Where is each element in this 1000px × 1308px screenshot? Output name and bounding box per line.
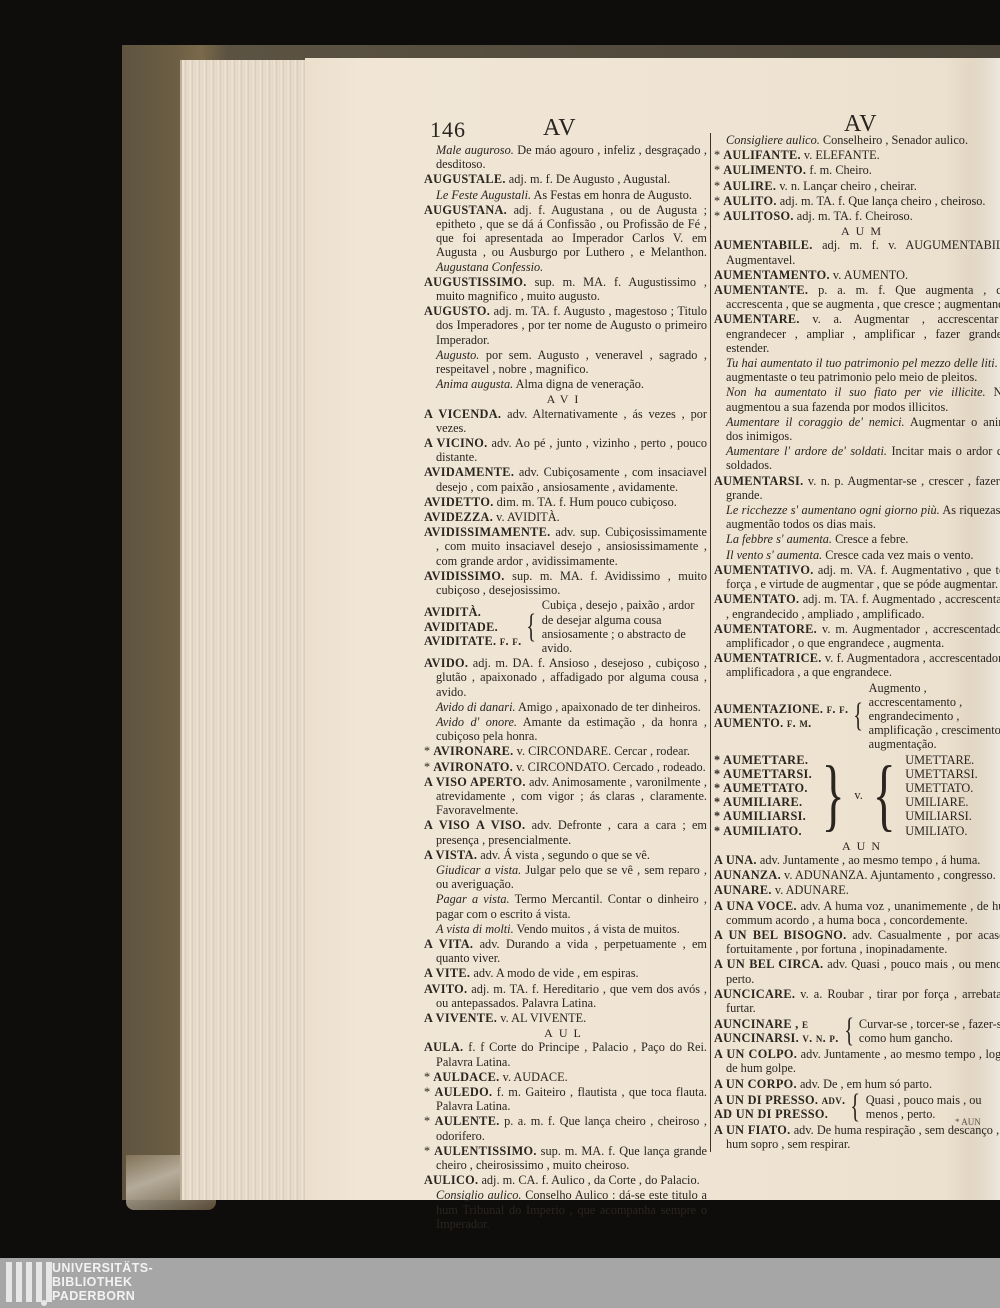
- see-reference: v.: [854, 788, 862, 802]
- page-edges: [180, 60, 307, 1200]
- definition: Cubiça , desejo , paixão , ardor de dese…: [542, 598, 707, 655]
- dictionary-entry: AVIDEZZA. v. AVIDITÀ.: [424, 510, 707, 524]
- definition: adv. Juntamente , ao mesmo tempo , á hum…: [757, 853, 981, 867]
- definition: adj. m. TA. f. Que lança cheiro , cheiro…: [777, 194, 986, 208]
- obsolete-marker: *: [714, 209, 723, 223]
- definition: Vendo muitos , á vista de muitos.: [514, 922, 680, 936]
- definition: Cresce cada vez mais o vento.: [822, 548, 973, 562]
- dictionary-entry: A UNA VOCE. adv. A huma voz , unanimemen…: [714, 899, 1000, 927]
- headword: A VITA.: [424, 937, 473, 951]
- dictionary-entry: * AULDACE. v. AUDACE.: [424, 1070, 707, 1084]
- headword: AULDACE.: [433, 1070, 499, 1084]
- italian-phrase: Giudicar a vista.: [436, 863, 521, 877]
- dictionary-entry: AULA. f. f Corte do Principe , Palacio ,…: [424, 1040, 707, 1068]
- dictionary-entry: * AULITOSO. adj. m. TA. f. Cheiroso.: [714, 209, 1000, 223]
- headword: AULIFANTE.: [723, 148, 801, 162]
- example-entry: Tu hai aumentato il tuo patrimonio pel m…: [714, 356, 1000, 384]
- obsolete-marker: *: [714, 179, 723, 193]
- headword: * AUMILIARE.: [714, 795, 812, 809]
- headword: A VISO APERTO.: [424, 775, 526, 789]
- grouped-entry: AVIDITÀ.AVIDITADE.AVIDITATE. f. f.{Cubiç…: [424, 598, 707, 655]
- italian-phrase: Avido d' onore.: [436, 715, 517, 729]
- italian-phrase: Avido di danari.: [436, 700, 516, 714]
- obsolete-marker: *: [424, 744, 433, 758]
- example-entry: Aumentare l' ardore de' soldati. Incitar…: [714, 444, 1000, 472]
- definition: adv. Á vista , segundo o que se vê.: [477, 848, 650, 862]
- headword: AVIRONARE.: [433, 744, 513, 758]
- headword: A VIVENTE.: [424, 1011, 497, 1025]
- example-entry: Le Feste Augustali. As Festas em honra d…: [424, 188, 707, 202]
- headword: AUGUSTANA.: [424, 203, 507, 217]
- headword: AULENTISSIMO.: [434, 1144, 537, 1158]
- example-entry: Giudicar a vista. Julgar pelo que se vê …: [424, 863, 707, 891]
- dictionary-entry: * AULENTISSIMO. sup. m. MA. f. Que lança…: [424, 1144, 707, 1172]
- headword: A UN COLPO.: [714, 1047, 797, 1061]
- definition: v. AVIDITÀ.: [493, 510, 560, 524]
- dictionary-entry: * AVIRONATO. v. CIRCONDATO. Cercado , ro…: [424, 760, 707, 774]
- headword: AD UN DI PRESSO.: [714, 1107, 845, 1121]
- definition: v. CIRCONDARE. Cercar , rodear.: [514, 744, 690, 758]
- dictionary-entry: AVIDISSIMAMENTE. adv. sup. Cubiçosissima…: [424, 525, 707, 568]
- definition: v. ADUNANZA. Ajuntamento , congresso.: [781, 868, 996, 882]
- italian-phrase: Anima augusta.: [436, 377, 513, 391]
- obsolete-headwords: * AUMETTARE.* AUMETTARSI.* AUMETTATO.* A…: [714, 753, 812, 838]
- target-headwords: UMETTARE.UMETTARSI.UMETTATO.UMILIARE.UMI…: [905, 753, 977, 838]
- dictionary-entry: AUMENTABILE. adj. m. f. v. AUGUMENTABILE…: [714, 238, 1000, 266]
- section-heading: AUN: [714, 839, 1000, 853]
- headword: A UN FIATO.: [714, 1123, 791, 1137]
- example-entry: Le ricchezze s' aumentano ogni giorno pi…: [714, 503, 1000, 531]
- logo-line-2: BIBLIOTHEK: [52, 1275, 153, 1289]
- headword: AUMENTAMENTO.: [714, 268, 830, 282]
- dictionary-entry: AVITO. adj. m. TA. f. Hereditario , que …: [424, 982, 707, 1010]
- dictionary-entry: AUGUSTO. adj. m. TA. f. Augusto , magest…: [424, 304, 707, 347]
- dictionary-entry: A UN COLPO. adv. Juntamente , ao mesmo t…: [714, 1047, 1000, 1075]
- brace-icon: {: [872, 760, 895, 830]
- dictionary-entry: A VISTA. adv. Á vista , segundo o que se…: [424, 848, 707, 862]
- definition: Conselheiro , Senador aulico.: [820, 133, 968, 147]
- definition: Curvar-se , torcer-se , fazer-se como hu…: [859, 1017, 1000, 1045]
- dictionary-entry: * AVIRONARE. v. CIRCONDARE. Cercar , rod…: [424, 744, 707, 758]
- headword: AUMENTARE.: [714, 312, 800, 326]
- dictionary-entry: * AULENTE. p. a. m. f. Que lança cheiro …: [424, 1114, 707, 1142]
- dictionary-entry: AUNARE. v. ADUNARE.: [714, 883, 1000, 897]
- dictionary-entry: * AULIFANTE. v. ELEFANTE.: [714, 148, 1000, 162]
- headword: * AUMETTARSI.: [714, 767, 812, 781]
- obsolete-marker: *: [714, 163, 723, 177]
- left-column: Male auguroso. De máo agouro , infeliz ,…: [424, 143, 707, 1232]
- obsolete-marker: *: [424, 760, 433, 774]
- headword: AVIDO.: [424, 656, 468, 670]
- grouped-entry: AUNCINARE , eAUNCINARSI. v. n. p.{Curvar…: [714, 1016, 1000, 1046]
- definition: adj. m. TA. f. Hereditario , que vem dos…: [436, 982, 707, 1010]
- headword: * AUMETTATO.: [714, 781, 812, 795]
- dictionary-entry: AUNCICARE. v. a. Roubar , tirar por forç…: [714, 987, 1000, 1015]
- definition: adj. m. DA. f. Ansioso , desejoso , cubi…: [436, 656, 707, 698]
- dictionary-entry: * AULIMENTO. f. m. Cheiro.: [714, 163, 1000, 177]
- headword: AUMENTABILE.: [714, 238, 813, 252]
- section-heading: AUM: [714, 224, 1000, 238]
- italian-phrase: La febbre s' aumenta.: [726, 532, 832, 546]
- headword: UMETTATO.: [905, 781, 977, 795]
- dictionary-entry: A UN BEL CIRCA. adv. Quasi , pouco mais …: [714, 957, 1000, 985]
- example-entry: Consiglio aulico. Conselho Aulico : dá-s…: [424, 1188, 707, 1231]
- definition: dim. m. TA. f. Hum pouco cubiçoso.: [494, 495, 677, 509]
- headword: A UN BEL BISOGNO.: [714, 928, 847, 942]
- dictionary-entry: A VICINO. adv. Ao pé , junto , vizinho ,…: [424, 436, 707, 464]
- definition: v. AUMENTO.: [830, 268, 908, 282]
- brace-icon: {: [844, 1016, 854, 1046]
- headword: AUGUSTO.: [424, 304, 490, 318]
- definition: v. ADUNARE.: [772, 883, 849, 897]
- definition: adj. m. TA. f. Cheiroso.: [794, 209, 913, 223]
- headword: AUMENTATIVO.: [714, 563, 814, 577]
- dictionary-entry: AVIDETTO. dim. m. TA. f. Hum pouco cubiç…: [424, 495, 707, 509]
- dictionary-entry: AUMENTAMENTO. v. AUMENTO.: [714, 268, 1000, 282]
- headword: AUMENTANTE.: [714, 283, 808, 297]
- dictionary-entry: A VITE. adv. A modo de vide , em espiras…: [424, 966, 707, 980]
- headword: AVIDISSIMO.: [424, 569, 505, 583]
- definition: adv. De , em hum só parto.: [797, 1077, 932, 1091]
- catchword: * AUN: [955, 1117, 981, 1127]
- headword: AVIDAMENTE.: [424, 465, 514, 479]
- headword: A UN BEL CIRCA.: [714, 957, 823, 971]
- dictionary-entry: AUMENTARE. v. a. Augmentar , accrescenta…: [714, 312, 1000, 355]
- headword: AUMENTATO.: [714, 592, 799, 606]
- headword: A UNA.: [714, 853, 757, 867]
- grouped-headwords: AUNCINARE , eAUNCINARSI. v. n. p.: [714, 1017, 839, 1045]
- logo-line-1: UNIVERSITÄTS-: [52, 1261, 153, 1275]
- grouped-entry: AUMENTAZIONE. f. f.AUMENTO. f. m.{Augmen…: [714, 681, 1000, 752]
- headword: AULEDO.: [435, 1085, 493, 1099]
- dictionary-entry: AUGUSTALE. adj. m. f. De Augusto , Augus…: [424, 172, 707, 186]
- example-entry: Consigliere aulico. Conselheiro , Senado…: [714, 133, 1000, 147]
- italian-phrase: Aumentare il coraggio de' nemici.: [726, 415, 905, 429]
- italian-phrase: A vista di molti.: [436, 922, 514, 936]
- italian-phrase: Consigliere aulico.: [726, 133, 820, 147]
- obsolete-marker: *: [714, 148, 723, 162]
- dictionary-entry: AUMENTANTE. p. a. m. f. Que augmenta , q…: [714, 283, 1000, 311]
- headword: AUNCICARE.: [714, 987, 795, 1001]
- dictionary-entry: A VISO A VISO. adv. Defronte , cara a ca…: [424, 818, 707, 846]
- example-entry: Aumentare il coraggio de' nemici. Augmen…: [714, 415, 1000, 443]
- definition: v. ELEFANTE.: [801, 148, 880, 162]
- dictionary-entry: A VITA. adv. Durando a vida , perpetuame…: [424, 937, 707, 965]
- dictionary-entry: AVIDISSIMO. sup. m. MA. f. Avidissimo , …: [424, 569, 707, 597]
- headword: AULICO.: [424, 1173, 478, 1187]
- example-entry: A vista di molti. Vendo muitos , á vista…: [424, 922, 707, 936]
- headword: UMILIARE.: [905, 795, 977, 809]
- headword: AULA.: [424, 1040, 463, 1054]
- example-entry: Non ha aumentato il suo fiato per vie il…: [714, 385, 1000, 413]
- dictionary-entry: AULICO. adj. m. CA. f. Aulico , da Corte…: [424, 1173, 707, 1187]
- definition: v. n. Lançar cheiro , cheirar.: [776, 179, 917, 193]
- running-head-left: AV: [543, 115, 577, 142]
- headword: AUMENTATORE.: [714, 622, 817, 636]
- definition: Cresce a febre.: [832, 532, 908, 546]
- example-entry: Pagar a vista. Termo Mercantil. Contar o…: [424, 892, 707, 920]
- headword: AULIRE.: [723, 179, 776, 193]
- headword: * AUMILIATO.: [714, 824, 812, 838]
- library-logo-dot-icon: [41, 1300, 47, 1306]
- italian-phrase: Male auguroso.: [436, 143, 514, 157]
- headword: A VITE.: [424, 966, 470, 980]
- headword: AUMENTAZIONE. f. f.: [714, 702, 848, 716]
- definition: v. AUDACE.: [500, 1070, 568, 1084]
- grouped-headwords: AVIDITÀ.AVIDITADE.AVIDITATE. f. f.: [424, 605, 521, 648]
- obsolete-marker: *: [424, 1085, 435, 1099]
- grouped-headwords: AUMENTAZIONE. f. f.AUMENTO. f. m.: [714, 702, 848, 730]
- headword: AVIRONATO.: [433, 760, 513, 774]
- dictionary-entry: * AULIRE. v. n. Lançar cheiro , cheirar.: [714, 179, 1000, 193]
- headword: A VISO A VISO.: [424, 818, 525, 832]
- headword: A VICENDA.: [424, 407, 501, 421]
- headword: AULITO.: [723, 194, 776, 208]
- page-number: 146: [430, 117, 466, 143]
- headword: A UN CORPO.: [714, 1077, 797, 1091]
- headword: AUNANZA.: [714, 868, 781, 882]
- headword: AVIDEZZA.: [424, 510, 493, 524]
- dictionary-entry: * AULEDO. f. m. Gaiteiro , flautista , q…: [424, 1085, 707, 1113]
- italic-note: Augustana Confessio.: [436, 260, 543, 274]
- headword: UMILIATO.: [905, 824, 977, 838]
- headword: A VICINO.: [424, 436, 488, 450]
- headword: AUNCINARE , e: [714, 1017, 839, 1031]
- headword: AULENTE.: [435, 1114, 500, 1128]
- headword: AULIMENTO.: [723, 163, 806, 177]
- headword: AUNARE.: [714, 883, 772, 897]
- brace-icon: {: [851, 1092, 861, 1122]
- logo-line-3: PADERBORN: [52, 1289, 153, 1303]
- example-entry: Augusto. por sem. Augusto , veneravel , …: [424, 348, 707, 376]
- obsolete-marker: *: [714, 194, 723, 208]
- dictionary-entry: A VIVENTE. v. AL VIVENTE.: [424, 1011, 707, 1025]
- headword: UMETTARSI.: [905, 767, 977, 781]
- definition: v. CIRCONDATO. Cercado , rodeado.: [513, 760, 706, 774]
- library-logo-icon: [6, 1262, 52, 1302]
- definition: adj. m. f. De Augusto , Augustal.: [506, 172, 671, 186]
- section-heading: AUL: [424, 1026, 707, 1040]
- dictionary-entry: * AULITO. adj. m. TA. f. Que lança cheir…: [714, 194, 1000, 208]
- definition: adj. m. CA. f. Aulico , da Corte , do Pa…: [478, 1173, 699, 1187]
- headword: AVIDITADE.: [424, 620, 521, 634]
- definition: Augmento , accrescentamento , engrandeci…: [869, 681, 1000, 752]
- definition: v. AL VIVENTE.: [497, 1011, 586, 1025]
- headword: * AUMILIARSI.: [714, 809, 812, 823]
- obsolete-marker: *: [424, 1114, 435, 1128]
- example-entry: Il vento s' aumenta. Cresce cada vez mai…: [714, 548, 1000, 562]
- headword: AVIDISSIMAMENTE.: [424, 525, 551, 539]
- headword: AVITO.: [424, 982, 467, 996]
- headword: AULITOSO.: [723, 209, 793, 223]
- example-entry: Male auguroso. De máo agouro , infeliz ,…: [424, 143, 707, 171]
- brace-icon: }: [822, 760, 845, 830]
- italian-phrase: Le ricchezze s' aumentano ogni giorno pi…: [726, 503, 940, 517]
- headword: AVIDITÀ.: [424, 605, 521, 619]
- italian-phrase: Le Feste Augustali.: [436, 188, 531, 202]
- headword: * AUMETTARE.: [714, 753, 812, 767]
- italian-phrase: Aumentare l' ardore de' soldati.: [726, 444, 887, 458]
- dictionary-entry: AUMENTATIVO. adj. m. VA. f. Augmentativo…: [714, 563, 1000, 591]
- dictionary-entry: A VICENDA. adv. Alternativamente , ás ve…: [424, 407, 707, 435]
- example-entry: Anima augusta. Alma digna de veneração.: [424, 377, 707, 391]
- dictionary-entry: AUGUSTANA. adj. f. Augustana , ou de Aug…: [424, 203, 707, 274]
- dictionary-entry: AVIDO. adj. m. DA. f. Ansioso , desejoso…: [424, 656, 707, 699]
- italian-phrase: Il vento s' aumenta.: [726, 548, 822, 562]
- dictionary-entry: AUMENTATORE. v. m. Augmentador , accresc…: [714, 622, 1000, 650]
- headword: AVIDITATE. f. f.: [424, 634, 521, 648]
- dictionary-entry: AUMENTATRICE. v. f. Augmentadora , accre…: [714, 651, 1000, 679]
- headword: AUMENTATRICE.: [714, 651, 822, 665]
- definition: As Festas em honra de Augusto.: [531, 188, 692, 202]
- headword: UMILIARSI.: [905, 809, 977, 823]
- dictionary-entry: AUNANZA. v. ADUNANZA. Ajuntamento , cong…: [714, 868, 1000, 882]
- example-entry: Avido di danari. Amigo , apaixonado de t…: [424, 700, 707, 714]
- dictionary-entry: AUMENTATO. adj. m. TA. f. Augmentado , a…: [714, 592, 1000, 620]
- headword: AUMENTARSI.: [714, 474, 804, 488]
- dictionary-entry: A VISO APERTO. adv. Animosamente , varon…: [424, 775, 707, 818]
- dictionary-entry: A UN BEL BISOGNO. adv. Casualmente , por…: [714, 928, 1000, 956]
- definition: adv. A modo de vide , em espiras.: [470, 966, 638, 980]
- brace-icon: {: [527, 612, 537, 642]
- definition: f. m. Cheiro.: [806, 163, 872, 177]
- definition: Amigo , apaixonado de ter dinheiros.: [516, 700, 701, 714]
- headword: AVIDETTO.: [424, 495, 494, 509]
- italian-phrase: Non ha aumentato il suo fiato per vie il…: [726, 385, 986, 399]
- obsolete-marker: *: [424, 1144, 434, 1158]
- headword: UMETTARE.: [905, 753, 977, 767]
- dictionary-entry: A UNA. adv. Juntamente , ao mesmo tempo …: [714, 853, 1000, 867]
- dictionary-entry: AUMENTARSI. v. n. p. Augmentar-se , cres…: [714, 474, 1000, 502]
- definition: adv. Durando a vida , perpetuamente , em…: [436, 937, 707, 965]
- headword: A UNA VOCE.: [714, 899, 797, 913]
- headword: A VISTA.: [424, 848, 477, 862]
- headword: AUMENTO. f. m.: [714, 716, 848, 730]
- dictionary-entry: AVIDAMENTE. adv. Cubiçosamente , com ins…: [424, 465, 707, 493]
- obsolete-marker: *: [424, 1070, 433, 1084]
- italian-phrase: Augusto.: [436, 348, 479, 362]
- example-entry: La febbre s' aumenta. Cresce a febre.: [714, 532, 1000, 546]
- dictionary-entry: A UN FIATO. adv. De huma respiração , se…: [714, 1123, 1000, 1151]
- italian-phrase: Consiglio aulico.: [436, 1188, 521, 1202]
- brace-icon: {: [854, 701, 864, 731]
- library-logo-text: UNIVERSITÄTS- BIBLIOTHEK PADERBORN: [52, 1261, 153, 1303]
- dictionary-entry: AUGUSTISSIMO. sup. m. MA. f. Augustissim…: [424, 275, 707, 303]
- grouped-headwords: A UN DI PRESSO. adv.AD UN DI PRESSO.: [714, 1093, 845, 1121]
- definition: f. f Corte do Principe , Palacio , Paço …: [436, 1040, 707, 1068]
- definition: Alma digna de veneração.: [513, 377, 644, 391]
- headword: AUGUSTISSIMO.: [424, 275, 527, 289]
- italian-phrase: Pagar a vista.: [436, 892, 510, 906]
- right-column: Consigliere aulico. Conselheiro , Senado…: [710, 133, 1000, 1152]
- example-entry: Avido d' onore. Amante da estimação , da…: [424, 715, 707, 743]
- italian-phrase: Tu hai aumentato il tuo patrimonio pel m…: [726, 356, 998, 370]
- cross-reference-group: * AUMETTARE.* AUMETTARSI.* AUMETTATO.* A…: [714, 753, 1000, 838]
- headword: AUGUSTALE.: [424, 172, 506, 186]
- headword: AUNCINARSI. v. n. p.: [714, 1031, 839, 1045]
- section-heading: AVI: [424, 392, 707, 406]
- headword: A UN DI PRESSO. adv.: [714, 1093, 845, 1107]
